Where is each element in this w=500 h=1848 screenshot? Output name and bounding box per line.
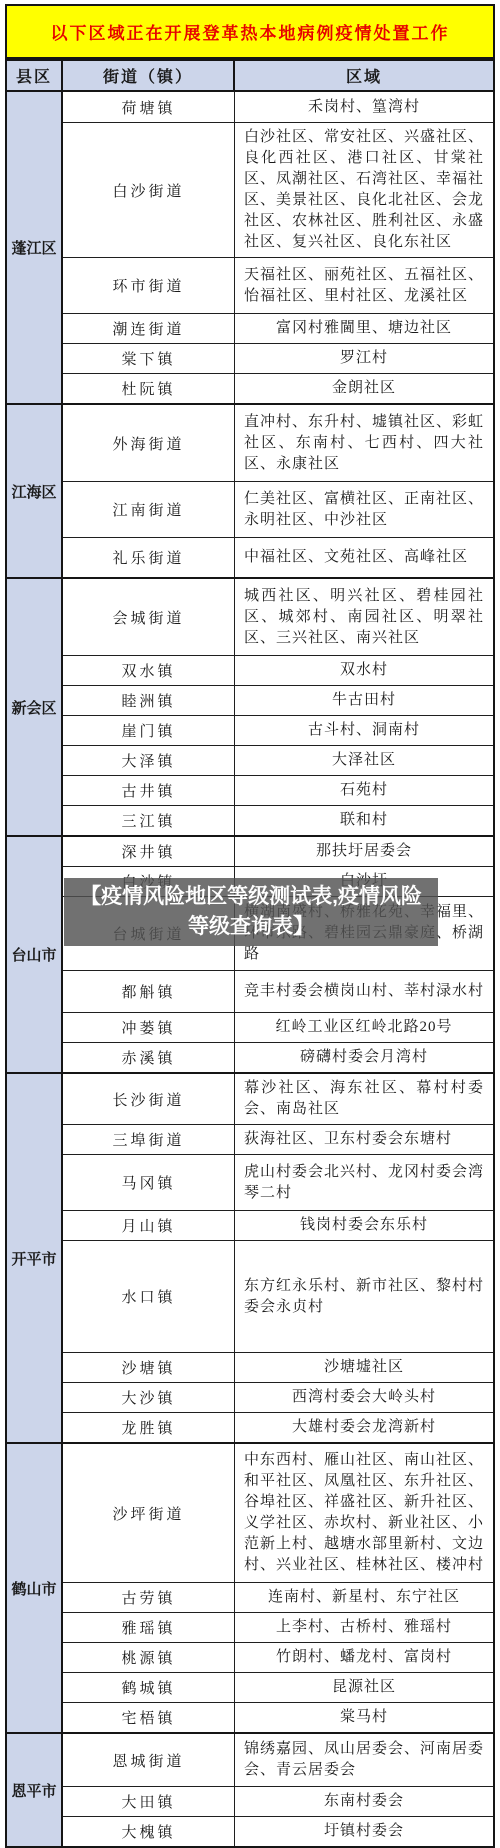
section-rows: 会城街道城西社区、明兴社区、碧桂园社区、城郊村、南园社区、明翠社区、三兴社区、南…	[63, 579, 493, 835]
region-cell: 双水村	[235, 656, 493, 685]
street-cell: 宅梧镇	[63, 1703, 235, 1732]
district-section: 鹤山市沙坪街道中东西村、雁山社区、南山社区、和平社区、凤凰社区、东升社区、谷埠社…	[7, 1442, 493, 1732]
street-cell: 马冈镇	[63, 1155, 235, 1210]
region-cell: 上李村、古桥村、雅瑶村	[235, 1613, 493, 1642]
region-cell: 天福社区、丽苑社区、五福社区、怡福社区、里村社区、龙溪社区	[235, 258, 493, 313]
table-row: 礼乐街道中福社区、文苑社区、高峰社区	[63, 537, 493, 577]
region-cell: 红岭工业区红岭北路20号	[235, 1013, 493, 1042]
watermark-overlay: 【疫情风险地区等级测试表,疫情风险 等级查询表】	[64, 878, 438, 946]
street-cell: 深井镇	[63, 837, 235, 866]
region-cell: 石苑村	[235, 776, 493, 805]
region-cell: 金朗社区	[235, 374, 493, 403]
street-cell: 杜阮镇	[63, 374, 235, 403]
table-row: 古劳镇连南村、新星村、东宁社区	[63, 1582, 493, 1612]
region-cell: 白沙社区、常安社区、兴盛社区、良化西社区、港口社区、甘棠社区、凤潮社区、石湾社区…	[235, 123, 493, 257]
street-cell: 白沙街道	[63, 123, 235, 257]
street-cell: 龙胜镇	[63, 1413, 235, 1442]
table-row: 月山镇钱岗村委会东乐村	[63, 1210, 493, 1240]
table-row: 外海街道直冲村、东升村、墟镇社区、彩虹社区、东南村、七西村、四大社区、永康社区	[63, 405, 493, 481]
region-cell: 大泽社区	[235, 746, 493, 775]
table-row: 潮连街道富冈村雅閫里、塘边社区	[63, 313, 493, 343]
table-row: 杜阮镇金朗社区	[63, 373, 493, 403]
table-row: 长沙街道幕沙社区、海东社区、幕村村委会、南岛社区	[63, 1074, 493, 1124]
region-cell: 直冲村、东升村、墟镇社区、彩虹社区、东南村、七西村、四大社区、永康社区	[235, 405, 493, 481]
table-row: 恩城街道锦绣嘉园、凤山居委会、河南居委会、青云居委会	[63, 1734, 493, 1786]
header-region: 区域	[235, 61, 493, 90]
street-cell: 古劳镇	[63, 1583, 235, 1612]
street-cell: 潮连街道	[63, 314, 235, 343]
table-row: 古井镇石苑村	[63, 775, 493, 805]
table-row: 环市街道天福社区、丽苑社区、五福社区、怡福社区、里村社区、龙溪社区	[63, 257, 493, 313]
district-section: 蓬江区荷塘镇禾岗村、篁湾村白沙街道白沙社区、常安社区、兴盛社区、良化西社区、港口…	[7, 90, 493, 403]
street-cell: 双水镇	[63, 656, 235, 685]
district-section: 台山市深井镇那扶圩居委会白沙镇白沙圩台城街道横湖南盛村、桥雅花苑、幸福里、环市东…	[7, 835, 493, 1072]
region-cell: 东南村委会	[235, 1787, 493, 1816]
region-cell: 牛古田村	[235, 686, 493, 715]
table-row: 水口镇东方红永乐村、新市社区、黎村村委会永贞村	[63, 1240, 493, 1352]
street-cell: 水口镇	[63, 1241, 235, 1352]
table-row: 三埠街道荻海社区、卫东村委会东塘村	[63, 1124, 493, 1154]
street-cell: 雅瑶镇	[63, 1613, 235, 1642]
street-cell: 桃源镇	[63, 1643, 235, 1672]
page: 以下区域正在开展登革热本地病例疫情处置工作 县区 街道（镇） 区域 蓬江区荷塘镇…	[0, 0, 500, 1848]
table-row: 荷塘镇禾岗村、篁湾村	[63, 92, 493, 122]
section-rows: 荷塘镇禾岗村、篁湾村白沙街道白沙社区、常安社区、兴盛社区、良化西社区、港口社区、…	[63, 92, 493, 403]
table-row: 深井镇那扶圩居委会	[63, 837, 493, 866]
street-cell: 大田镇	[63, 1787, 235, 1816]
street-cell: 恩城街道	[63, 1734, 235, 1786]
region-cell: 禾岗村、篁湾村	[235, 92, 493, 122]
table-row: 马冈镇虎山村委会北兴村、龙冈村委会湾琴二村	[63, 1154, 493, 1210]
street-cell: 棠下镇	[63, 344, 235, 373]
table-row: 大泽镇大泽社区	[63, 745, 493, 775]
region-cell: 磅礴村委会月湾村	[235, 1043, 493, 1072]
region-cell: 中福社区、文苑社区、高峰社区	[235, 538, 493, 577]
header-street: 街道（镇）	[63, 61, 235, 90]
region-cell: 那扶圩居委会	[235, 837, 493, 866]
table-row: 都斛镇竞丰村委会横岗山村、莘村渌水村	[63, 970, 493, 1012]
district-section: 江海区外海街道直冲村、东升村、墟镇社区、彩虹社区、东南村、七西村、四大社区、永康…	[7, 403, 493, 577]
region-cell: 竞丰村委会横岗山村、莘村渌水村	[235, 971, 493, 1012]
region-cell: 锦绣嘉园、凤山居委会、河南居委会、青云居委会	[235, 1734, 493, 1786]
table-row: 睦洲镇牛古田村	[63, 685, 493, 715]
banner-title: 以下区域正在开展登革热本地病例疫情处置工作	[5, 4, 495, 59]
street-cell: 都斛镇	[63, 971, 235, 1012]
district-section: 新会区会城街道城西社区、明兴社区、碧桂园社区、城郊村、南园社区、明翠社区、三兴社…	[7, 577, 493, 835]
region-cell: 城西社区、明兴社区、碧桂园社区、城郊村、南园社区、明翠社区、三兴社区、南兴社区	[235, 579, 493, 655]
district-section: 开平市长沙街道幕沙社区、海东社区、幕村村委会、南岛社区三埠街道荻海社区、卫东村委…	[7, 1072, 493, 1442]
street-cell: 长沙街道	[63, 1074, 235, 1124]
region-cell: 圩镇村委会	[235, 1817, 493, 1846]
region-cell: 联和村	[235, 806, 493, 835]
region-cell: 竹朗村、蟠龙村、富岗村	[235, 1643, 493, 1672]
region-cell: 荻海社区、卫东村委会东塘村	[235, 1125, 493, 1154]
district-label: 台山市	[7, 837, 63, 1072]
street-cell: 三埠街道	[63, 1125, 235, 1154]
district-label: 恩平市	[7, 1734, 63, 1846]
section-rows: 外海街道直冲村、东升村、墟镇社区、彩虹社区、东南村、七西村、四大社区、永康社区江…	[63, 405, 493, 577]
street-cell: 冲蒌镇	[63, 1013, 235, 1042]
region-cell: 西湾村委会大岭头村	[235, 1383, 493, 1412]
street-cell: 沙坪街道	[63, 1444, 235, 1582]
region-cell: 沙塘墟社区	[235, 1353, 493, 1382]
street-cell: 江南街道	[63, 482, 235, 537]
region-cell: 大雄村委会龙湾新村	[235, 1413, 493, 1442]
region-cell: 棠马村	[235, 1703, 493, 1732]
street-cell: 睦洲镇	[63, 686, 235, 715]
street-cell: 大泽镇	[63, 746, 235, 775]
table-row: 雅瑶镇上李村、古桥村、雅瑶村	[63, 1612, 493, 1642]
street-cell: 崖门镇	[63, 716, 235, 745]
region-cell: 幕沙社区、海东社区、幕村村委会、南岛社区	[235, 1074, 493, 1124]
region-cell: 昆源社区	[235, 1673, 493, 1702]
district-section: 恩平市恩城街道锦绣嘉园、凤山居委会、河南居委会、青云居委会大田镇东南村委会大槐镇…	[7, 1732, 493, 1846]
table-row: 大槐镇圩镇村委会	[63, 1816, 493, 1846]
section-rows: 深井镇那扶圩居委会白沙镇白沙圩台城街道横湖南盛村、桥雅花苑、幸福里、环市东路、碧…	[63, 837, 493, 1072]
table-row: 宅梧镇棠马村	[63, 1702, 493, 1732]
table-body: 蓬江区荷塘镇禾岗村、篁湾村白沙街道白沙社区、常安社区、兴盛社区、良化西社区、港口…	[7, 90, 493, 1846]
header-district: 县区	[7, 61, 63, 90]
street-cell: 大槐镇	[63, 1817, 235, 1846]
table-row: 三江镇联和村	[63, 805, 493, 835]
district-label: 蓬江区	[7, 92, 63, 403]
region-cell: 罗江村	[235, 344, 493, 373]
table-header-row: 县区 街道（镇） 区域	[7, 59, 493, 90]
table-row: 赤溪镇磅礴村委会月湾村	[63, 1042, 493, 1072]
watermark-line1: 【疫情风险地区等级测试表,疫情风险	[80, 885, 422, 908]
table-row: 龙胜镇大雄村委会龙湾新村	[63, 1412, 493, 1442]
table-row: 大沙镇西湾村委会大岭头村	[63, 1382, 493, 1412]
table-row: 沙塘镇沙塘墟社区	[63, 1352, 493, 1382]
district-label: 开平市	[7, 1074, 63, 1442]
table-row: 冲蒌镇红岭工业区红岭北路20号	[63, 1012, 493, 1042]
table-row: 桃源镇竹朗村、蟠龙村、富岗村	[63, 1642, 493, 1672]
region-cell: 古斗村、洞南村	[235, 716, 493, 745]
watermark-line2: 等级查询表】	[188, 915, 314, 938]
street-cell: 会城街道	[63, 579, 235, 655]
table-row: 大田镇东南村委会	[63, 1786, 493, 1816]
region-cell: 东方红永乐村、新市社区、黎村村委会永贞村	[235, 1241, 493, 1352]
street-cell: 荷塘镇	[63, 92, 235, 122]
region-cell: 钱岗村委会东乐村	[235, 1211, 493, 1240]
street-cell: 三江镇	[63, 806, 235, 835]
table-row: 双水镇双水村	[63, 655, 493, 685]
street-cell: 沙塘镇	[63, 1353, 235, 1382]
table-row: 鹤城镇昆源社区	[63, 1672, 493, 1702]
street-cell: 环市街道	[63, 258, 235, 313]
street-cell: 外海街道	[63, 405, 235, 481]
section-rows: 恩城街道锦绣嘉园、凤山居委会、河南居委会、青云居委会大田镇东南村委会大槐镇圩镇村…	[63, 1734, 493, 1846]
district-label: 鹤山市	[7, 1444, 63, 1732]
table-row: 会城街道城西社区、明兴社区、碧桂园社区、城郊村、南园社区、明翠社区、三兴社区、南…	[63, 579, 493, 655]
region-cell: 中东西村、雁山社区、南山社区、和平社区、凤凰社区、东升社区、谷埠社区、祥盛社区、…	[235, 1444, 493, 1582]
table-row: 棠下镇罗江村	[63, 343, 493, 373]
street-cell: 赤溪镇	[63, 1043, 235, 1072]
region-cell: 富冈村雅閫里、塘边社区	[235, 314, 493, 343]
section-rows: 沙坪街道中东西村、雁山社区、南山社区、和平社区、凤凰社区、东升社区、谷埠社区、祥…	[63, 1444, 493, 1732]
district-label: 江海区	[7, 405, 63, 577]
street-cell: 古井镇	[63, 776, 235, 805]
section-rows: 长沙街道幕沙社区、海东社区、幕村村委会、南岛社区三埠街道荻海社区、卫东村委会东塘…	[63, 1074, 493, 1442]
table-row: 江南街道仁美社区、富横社区、正南社区、永明社区、中沙社区	[63, 481, 493, 537]
street-cell: 鹤城镇	[63, 1673, 235, 1702]
region-cell: 仁美社区、富横社区、正南社区、永明社区、中沙社区	[235, 482, 493, 537]
region-cell: 连南村、新星村、东宁社区	[235, 1583, 493, 1612]
street-cell: 月山镇	[63, 1211, 235, 1240]
street-cell: 礼乐街道	[63, 538, 235, 577]
risk-area-table: 县区 街道（镇） 区域 蓬江区荷塘镇禾岗村、篁湾村白沙街道白沙社区、常安社区、兴…	[5, 59, 495, 1848]
street-cell: 大沙镇	[63, 1383, 235, 1412]
table-row: 沙坪街道中东西村、雁山社区、南山社区、和平社区、凤凰社区、东升社区、谷埠社区、祥…	[63, 1444, 493, 1582]
table-row: 崖门镇古斗村、洞南村	[63, 715, 493, 745]
region-cell: 虎山村委会北兴村、龙冈村委会湾琴二村	[235, 1155, 493, 1210]
table-row: 白沙街道白沙社区、常安社区、兴盛社区、良化西社区、港口社区、甘棠社区、凤潮社区、…	[63, 122, 493, 257]
district-label: 新会区	[7, 579, 63, 835]
